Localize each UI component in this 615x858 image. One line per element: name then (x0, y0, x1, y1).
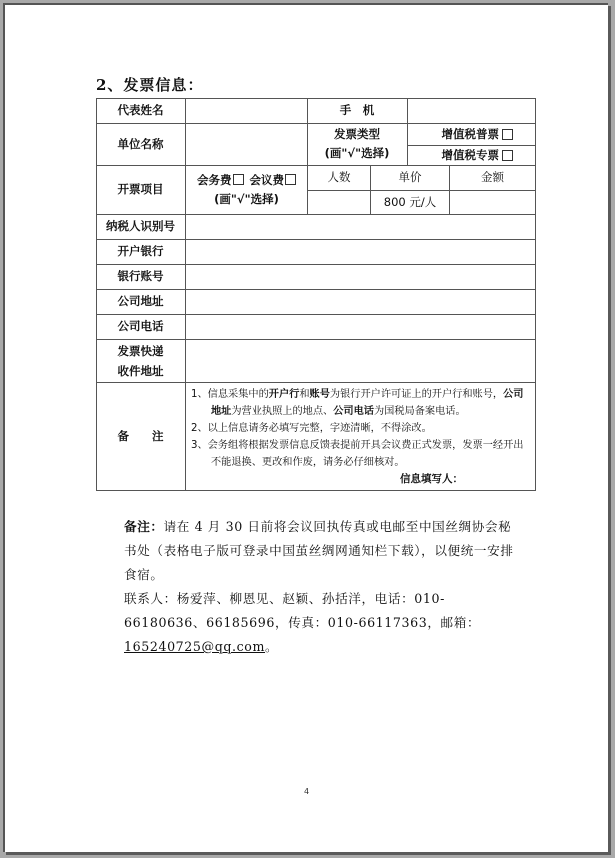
invoice-type-special-checkbox[interactable] (502, 150, 513, 161)
invoice-item-label: 开票项目 (96, 165, 185, 214)
footer-note-text: 请在 4 月 30 日前将会议回执传真或电邮至中国丝绸协会秘书处（表格电子版可登… (124, 519, 514, 582)
remark-bold: 开户行 (269, 389, 300, 400)
count-field[interactable] (308, 190, 370, 214)
remark-item-2: 2、以上信息请务必填写完整，字迹清晰，不得涂改。 (191, 420, 531, 437)
amount-header: 金额 (450, 165, 535, 190)
conference-fee-checkbox[interactable] (285, 174, 296, 185)
org-name-label: 单位名称 (96, 123, 185, 165)
remark-text: 以上信息请务必填写完整，字迹清晰，不得涂改。 (208, 423, 432, 434)
meeting-service-fee-checkbox[interactable] (233, 174, 244, 185)
filled-by-label: 信息填写人： (400, 471, 463, 486)
invoice-item-choices: 会务费会议费 (197, 171, 296, 190)
rep-name-label: 代表姓名 (96, 98, 185, 123)
phone-field[interactable] (408, 98, 535, 123)
invoice-type-option-general[interactable]: 增值税普票 (408, 123, 535, 145)
document-page: 2、发票信息： 代表姓名 手 机 单位名称 发票类型 (画" (3, 3, 608, 852)
conference-fee-label: 会议费 (250, 173, 285, 187)
invoice-type-special-label: 增值税专票 (442, 146, 500, 165)
taxpayer-id-field[interactable] (186, 214, 535, 239)
count-header: 人数 (308, 165, 370, 190)
company-phone-field[interactable] (186, 314, 535, 339)
page-number: 4 (304, 787, 309, 796)
invoice-type-label-line1: 发票类型 (334, 125, 380, 144)
invoice-type-general-label: 增值税普票 (442, 125, 500, 144)
account-field[interactable] (186, 264, 535, 289)
invoice-type-option-special[interactable]: 增值税专票 (408, 145, 535, 165)
invoice-type-label-line2: (画"√"选择) (325, 144, 390, 163)
invoice-type-general-checkbox[interactable] (502, 129, 513, 140)
remark-bold: 公司电话 (333, 406, 374, 417)
remark-item-3: 3、会务组将根据发票信息反馈表提前开具会议费正式发票，发票一经开出不能退换、更改… (191, 437, 531, 471)
bank-field[interactable] (186, 239, 535, 264)
remarks-list: 1、信息采集中的开户行和账号为银行开户许可证上的开户行和账号，公司地址为营业执照… (191, 386, 531, 471)
company-phone-label: 公司电话 (96, 314, 185, 339)
org-name-field[interactable] (186, 123, 307, 165)
remark-item-1: 1、信息采集中的开户行和账号为银行开户许可证上的开户行和账号，公司地址为营业执照… (191, 386, 531, 420)
remark-text: 为营业执照上的地点、 (231, 406, 333, 417)
invoice-item-hint: (画"√"选择) (214, 190, 279, 209)
invoice-type-label: 发票类型 (画"√"选择) (307, 123, 407, 165)
remark-bold: 账号 (310, 389, 330, 400)
remark-text: 和 (299, 389, 309, 400)
taxpayer-id-label: 纳税人识别号 (96, 214, 185, 239)
price-value: 800 元/人 (371, 190, 449, 214)
remark-num: 2、 (191, 423, 208, 434)
contact-suffix: 。 (265, 639, 278, 654)
amount-field[interactable] (450, 190, 535, 214)
rep-name-field[interactable] (186, 98, 307, 123)
remark-text: 信息采集中的 (208, 389, 269, 400)
company-address-label: 公司地址 (96, 289, 185, 314)
remark-num: 1、 (191, 389, 208, 400)
remark-text: 为国税局备案电话。 (374, 406, 466, 417)
email-link[interactable]: 165240725@qq.com (124, 639, 265, 654)
meeting-service-fee-label: 会务费 (197, 173, 232, 187)
contact-paragraph: 联系人：杨爱萍、柳恩见、赵颖、孙括洋，电话：010-66180636、66185… (97, 587, 517, 659)
contact-text: 联系人：杨爱萍、柳恩见、赵颖、孙括洋，电话：010-66180636、66185… (124, 591, 480, 630)
footer-note-label: 备注： (124, 519, 164, 534)
phone-label: 手 机 (307, 98, 407, 123)
footer-note-paragraph: 备注：请在 4 月 30 日前将会议回执传真或电邮至中国丝绸协会秘书处（表格电子… (97, 515, 517, 587)
company-address-field[interactable] (186, 289, 535, 314)
bank-label: 开户银行 (96, 239, 185, 264)
invoice-item-options: 会务费会议费 (画"√"选择) (186, 165, 307, 214)
account-label: 银行账号 (96, 264, 185, 289)
delivery-address-label-line1: 发票快递 (118, 341, 164, 361)
remark-text: 会务组将根据发票信息反馈表提前开具会议费正式发票，发票一经开出不能退换、更改和作… (208, 440, 524, 468)
delivery-address-label: 发票快递 收件地址 (96, 339, 185, 382)
remarks-content: 1、信息采集中的开户行和账号为银行开户许可证上的开户行和账号，公司地址为营业执照… (96, 382, 535, 490)
delivery-address-field[interactable] (186, 339, 535, 382)
delivery-address-label-line2: 收件地址 (118, 361, 164, 381)
remark-num: 3、 (191, 440, 208, 451)
section-heading: 2、发票信息： (96, 74, 203, 95)
footer-note: 备注：请在 4 月 30 日前将会议回执传真或电邮至中国丝绸协会秘书处（表格电子… (97, 515, 517, 659)
invoice-info-table: 代表姓名 手 机 单位名称 发票类型 (画"√"选择) 增值税普票 增值税专票 … (96, 98, 535, 491)
price-header: 单价 (371, 165, 449, 190)
remark-text: 为银行开户许可证上的开户行和账号， (330, 389, 503, 400)
